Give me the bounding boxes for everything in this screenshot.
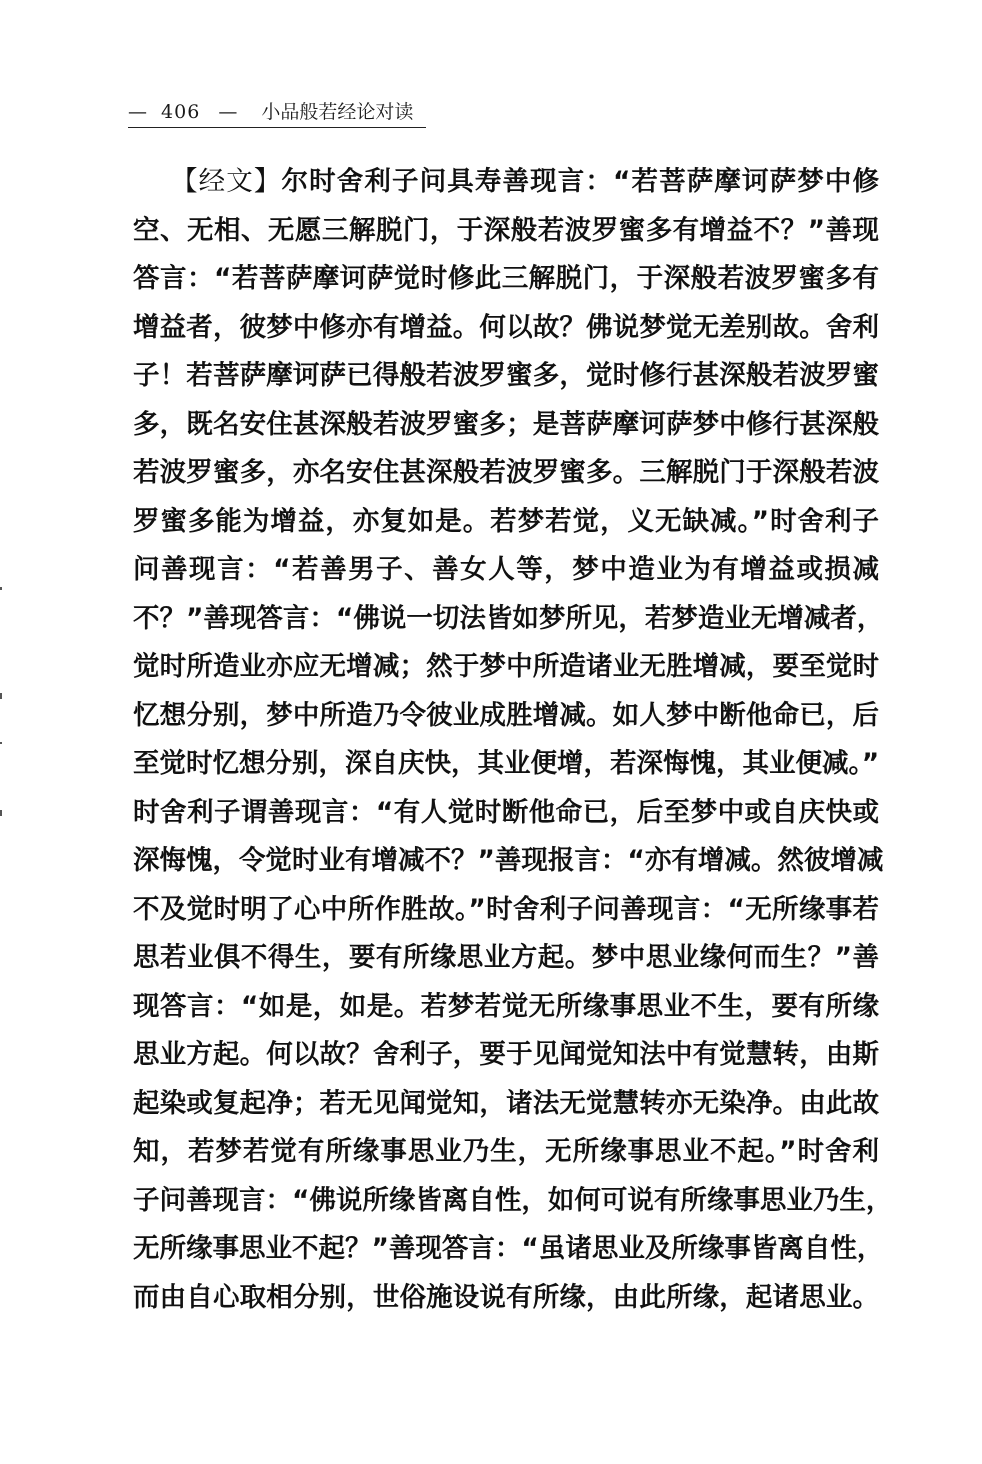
text-line: 增益者，彼梦中修亦有增益。何以故？佛说梦觉无差别故。舍利 — [133, 304, 879, 353]
text-line: 深悔愧，令觉时业有增减不？”善现报言：“亦有增减。然彼增减 — [133, 837, 879, 886]
scripture-passage: 【经文】尔时舍利子问具寿善现言：“若菩萨摩诃萨梦中修 空、无相、无愿三解脱门，于… — [133, 158, 879, 1322]
text-line: 子！若菩萨摩诃萨已得般若波罗蜜多，觉时修行甚深般若波罗蜜 — [133, 352, 879, 401]
scan-speck — [0, 587, 2, 590]
text-line: 思业方起。何以故？舍利子，要于见闻觉知法中有觉慧转，由斯 — [133, 1031, 879, 1080]
text-line: 时舍利子谓善现言：“有人觉时断他命已，后至梦中或自庆快或 — [133, 789, 879, 838]
text-line: 答言：“若菩萨摩诃萨觉时修此三解脱门，于深般若波罗蜜多有 — [133, 255, 879, 304]
page-number: 406 — [161, 101, 200, 123]
text-line: 空、无相、无愿三解脱门，于深般若波罗蜜多有增益不？”善现 — [133, 207, 879, 256]
book-title: 小品般若经论对读 — [261, 97, 413, 124]
text-line: 不及觉时明了心中所作胜故。”时舍利子问善现言：“无所缘事若 — [133, 886, 879, 935]
text-line: 忆想分别，梦中所造乃令彼业成胜增减。如人梦中断他命已，后 — [133, 692, 879, 741]
text-line: 至觉时忆想分别，深自庆快，其业便增，若深悔愧，其业便减。” — [133, 740, 879, 789]
running-header: — 406 — 小品般若经论对读 — [128, 97, 426, 128]
scan-speck — [0, 742, 2, 744]
section-tag: 【经文】 — [171, 166, 282, 197]
text-line: 无所缘事思业不起？”善现答言：“虽诸思业及所缘事皆离自性， — [133, 1225, 879, 1274]
text-line: 而由自心取相分别，世俗施设说有所缘，由此所缘，起诸思业。 — [133, 1274, 879, 1323]
text-line: 问善现言：“若善男子、善女人等，梦中造业为有增益或损减 — [133, 546, 879, 595]
text-line: 现答言：“如是，如是。若梦若觉无所缘事思业不生，要有所缘 — [133, 983, 879, 1032]
text-line: 不？”善现答言：“佛说一切法皆如梦所见，若梦造业无增减者， — [133, 595, 879, 644]
text-line: 起染或复起净；若无见闻觉知，诸法无觉慧转亦无染净。由此故 — [133, 1080, 879, 1129]
text-line: 子问善现言：“佛说所缘皆离自性，如何可说有所缘事思业乃生， — [133, 1177, 879, 1226]
text-line: 多，既名安住甚深般若波罗蜜多；是菩萨摩诃萨梦中修行甚深般 — [133, 401, 879, 450]
scan-speck — [0, 693, 2, 699]
header-dash-left: — — [128, 101, 147, 123]
text-line: 若波罗蜜多，亦名安住甚深般若波罗蜜多。三解脱门于深般若波 — [133, 449, 879, 498]
line-text: 尔时舍利子问具寿善现言：“若菩萨摩诃萨梦中修 — [282, 166, 880, 197]
text-line: 思若业俱不得生，要有所缘思业方起。梦中思业缘何而生？”善 — [133, 934, 879, 983]
scan-speck — [0, 810, 2, 816]
text-line: 觉时所造业亦应无增减；然于梦中所造诸业无胜增减，要至觉时 — [133, 643, 879, 692]
text-line: 罗蜜多能为增益，亦复如是。若梦若觉，义无缺减。”时舍利子 — [133, 498, 879, 547]
text-line: 【经文】尔时舍利子问具寿善现言：“若菩萨摩诃萨梦中修 — [133, 158, 879, 207]
header-dash-right: — — [218, 101, 237, 123]
text-line: 知，若梦若觉有所缘事思业乃生，无所缘事思业不起。”时舍利 — [133, 1128, 879, 1177]
